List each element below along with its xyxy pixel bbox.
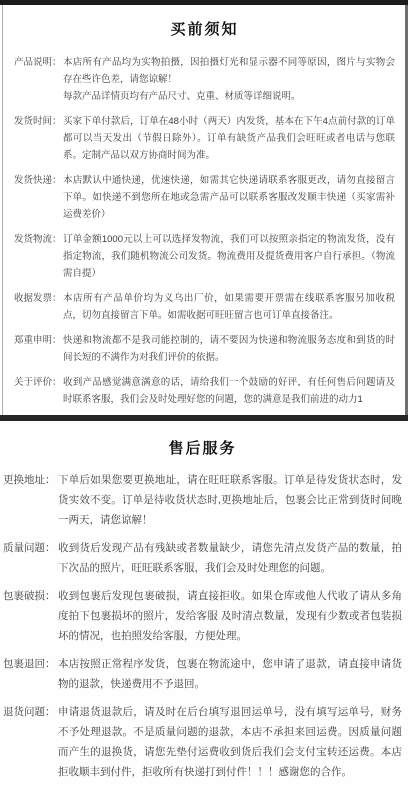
notice-paragraph: 收到包裹后发现包裹破损，请直接拒收。如果仓库或他人代收了请从多角度拍下包裹损坏的… [58,586,402,646]
notice-text: 收到货后发现产品有残缺或者数量缺少，请您先清点发货产品的数量，拍下次品的照片，旺… [58,538,402,578]
notice-text: 下单后如果您要更换地址，请在旺旺联系客服。订单是待发货状态时，发货实效不变。订单… [58,470,402,530]
notice-label: 更换地址： [3,470,58,530]
notice-text: 申请退货退款后，请及时在后台填写退回运单号，没有填写运单号，财务不予处理退款。不… [58,702,402,782]
notice-label: 发货时间： [14,113,63,164]
notice-item-quality-issue: 质量问题： 收到货后发现产品有残缺或者数量缺少，请您先清点发货产品的数量，拍下次… [3,538,402,578]
notice-label: 郑重申明： [14,332,63,366]
notice-text: 本店按照正常程序发货，包裹在物流途中，您申请了退款，请直接申请货物的退款，快递费… [58,654,402,694]
notice-item-solemn-statement: 郑重申明： 快递和物流都不是我司能控制的，请不要因为快递和物流服务态度和到货的时… [14,332,395,366]
notice-paragraph: 收到产品感觉满意满意的话，请给我们一个鼓励的好评，有任何售后问题请及时联系客服，… [63,374,395,408]
notice-item-change-address: 更换地址： 下单后如果您要更换地址，请在旺旺联系客服。订单是待发货状态时，发货实… [3,470,402,530]
notice-paragraph: 本店所有产品单价均为义乌出厂价，如果需要开票需在线联系客服另加收税点，切勿直接留… [63,290,395,324]
notice-paragraph: 收到货后发现产品有残缺或者数量缺少，请您先清点发货产品的数量，拍下次品的照片，旺… [58,538,402,578]
pre-purchase-notice-section: 买前须知 产品说明： 本店所有产品均为实物拍摄，因拍摄灯光和显示器不同等原因，图… [2,5,408,415]
notice-label: 关于评价： [14,374,63,408]
pre-purchase-title: 买前须知 [14,16,395,39]
notice-paragraph: 下单后如果您要更换地址，请在旺旺联系客服。订单是待发货状态时，发货实效不变。订单… [58,470,402,530]
notice-text: 本店默认中通快递，优速快递，如需其它快递请联系客服更改，请勿直接留言下单。如快递… [63,172,395,223]
product-notice-page: 买前须知 产品说明： 本店所有产品均为实物拍摄，因拍摄灯光和显示器不同等原因，图… [0,0,408,800]
notice-item-receipt-invoice: 收据发票： 本店所有产品单价均为义乌出厂价，如果需要开票需在线联系客服另加收税点… [14,290,395,324]
notice-paragraph: 订单金额1000元以上可以选择发物流，我们可以按照亲指定的物流发货，没有指定物流… [63,231,395,282]
notice-label: 包裹退回： [3,654,58,694]
notice-paragraph: 申请退货退款后，请及时在后台填写退回运单号，没有填写运单号，财务不予处理退款。不… [58,702,402,782]
notice-item-shipping-time: 发货时间： 买家下单付款后，订单在48小时（两天）内发货，基本在下午4点前付款的… [14,113,395,164]
notice-item-shipping-logistics: 发货物流： 订单金额1000元以上可以选择发物流，我们可以按照亲指定的物流发货，… [14,231,395,282]
notice-paragraph: 本店默认中通快递，优速快递，如需其它快递请联系客服更改，请勿直接留言下单。如快递… [63,172,395,223]
notice-text: 收到包裹后发现包裹破损，请直接拒收。如果仓库或他人代收了请从多角度拍下包裹损坏的… [58,586,402,646]
notice-label: 质量问题： [3,538,58,578]
notice-item-product-description: 产品说明： 本店所有产品均为实物拍摄，因拍摄灯光和显示器不同等原因，图片与实物会… [14,54,395,105]
notice-text: 快递和物流都不是我司能控制的，请不要因为快递和物流服务态度和到货的时间长短的不满… [63,332,395,366]
notice-label: 产品说明： [14,54,63,105]
notice-text: 买家下单付款后，订单在48小时（两天）内发货，基本在下午4点前付款的订单都可以当… [63,113,395,164]
notice-item-about-reviews: 关于评价： 收到产品感觉满意满意的话，请给我们一个鼓励的好评，有任何售后问题请及… [14,374,395,408]
after-sales-title: 售后服务 [3,437,402,458]
notice-paragraph: 快递和物流都不是我司能控制的，请不要因为快递和物流服务态度和到货的时间长短的不满… [63,332,395,366]
notice-label: 发货快递： [14,172,63,223]
notice-item-refund-issue: 退货问题： 申请退货退款后，请及时在后台填写退回运单号，没有填写运单号，财务不予… [3,702,402,782]
notice-paragraph: 本店所有产品均为实物拍摄，因拍摄灯光和显示器不同等原因，图片与实物会存在些许色差… [63,54,395,88]
notice-paragraph: 每款产品详情页均有产品尺寸、克重、材质等详细说明。 [63,88,395,105]
notice-text: 收到产品感觉满意满意的话，请给我们一个鼓励的好评，有任何售后问题请及时联系客服，… [63,374,395,408]
notice-label: 包裹破损： [3,586,58,646]
notice-text: 订单金额1000元以上可以选择发物流，我们可以按照亲指定的物流发货，没有指定物流… [63,231,395,282]
notice-paragraph: 本店按照正常程序发货，包裹在物流途中，您申请了退款，请直接申请货物的退款，快递费… [58,654,402,694]
notice-text: 本店所有产品单价均为义乌出厂价，如果需要开票需在线联系客服另加收税点，切勿直接留… [63,290,395,324]
notice-label: 发货物流： [14,231,63,282]
notice-label: 退货问题： [3,702,58,782]
notice-item-shipping-courier: 发货快递： 本店默认中通快递，优速快递，如需其它快递请联系客服更改，请勿直接留言… [14,172,395,223]
notice-item-package-return: 包裹退回： 本店按照正常程序发货，包裹在物流途中，您申请了退款，请直接申请货物的… [3,654,402,694]
notice-label: 收据发票： [14,290,63,324]
notice-text: 本店所有产品均为实物拍摄，因拍摄灯光和显示器不同等原因，图片与实物会存在些许色差… [63,54,395,105]
after-sales-service-section: 售后服务 更换地址： 下单后如果您要更换地址，请在旺旺联系客服。订单是待发货状态… [0,421,408,782]
notice-item-package-damage: 包裹破损： 收到包裹后发现包裹破损，请直接拒收。如果仓库或他人代收了请从多角度拍… [3,586,402,646]
notice-paragraph: 买家下单付款后，订单在48小时（两天）内发货，基本在下午4点前付款的订单都可以当… [63,113,395,164]
